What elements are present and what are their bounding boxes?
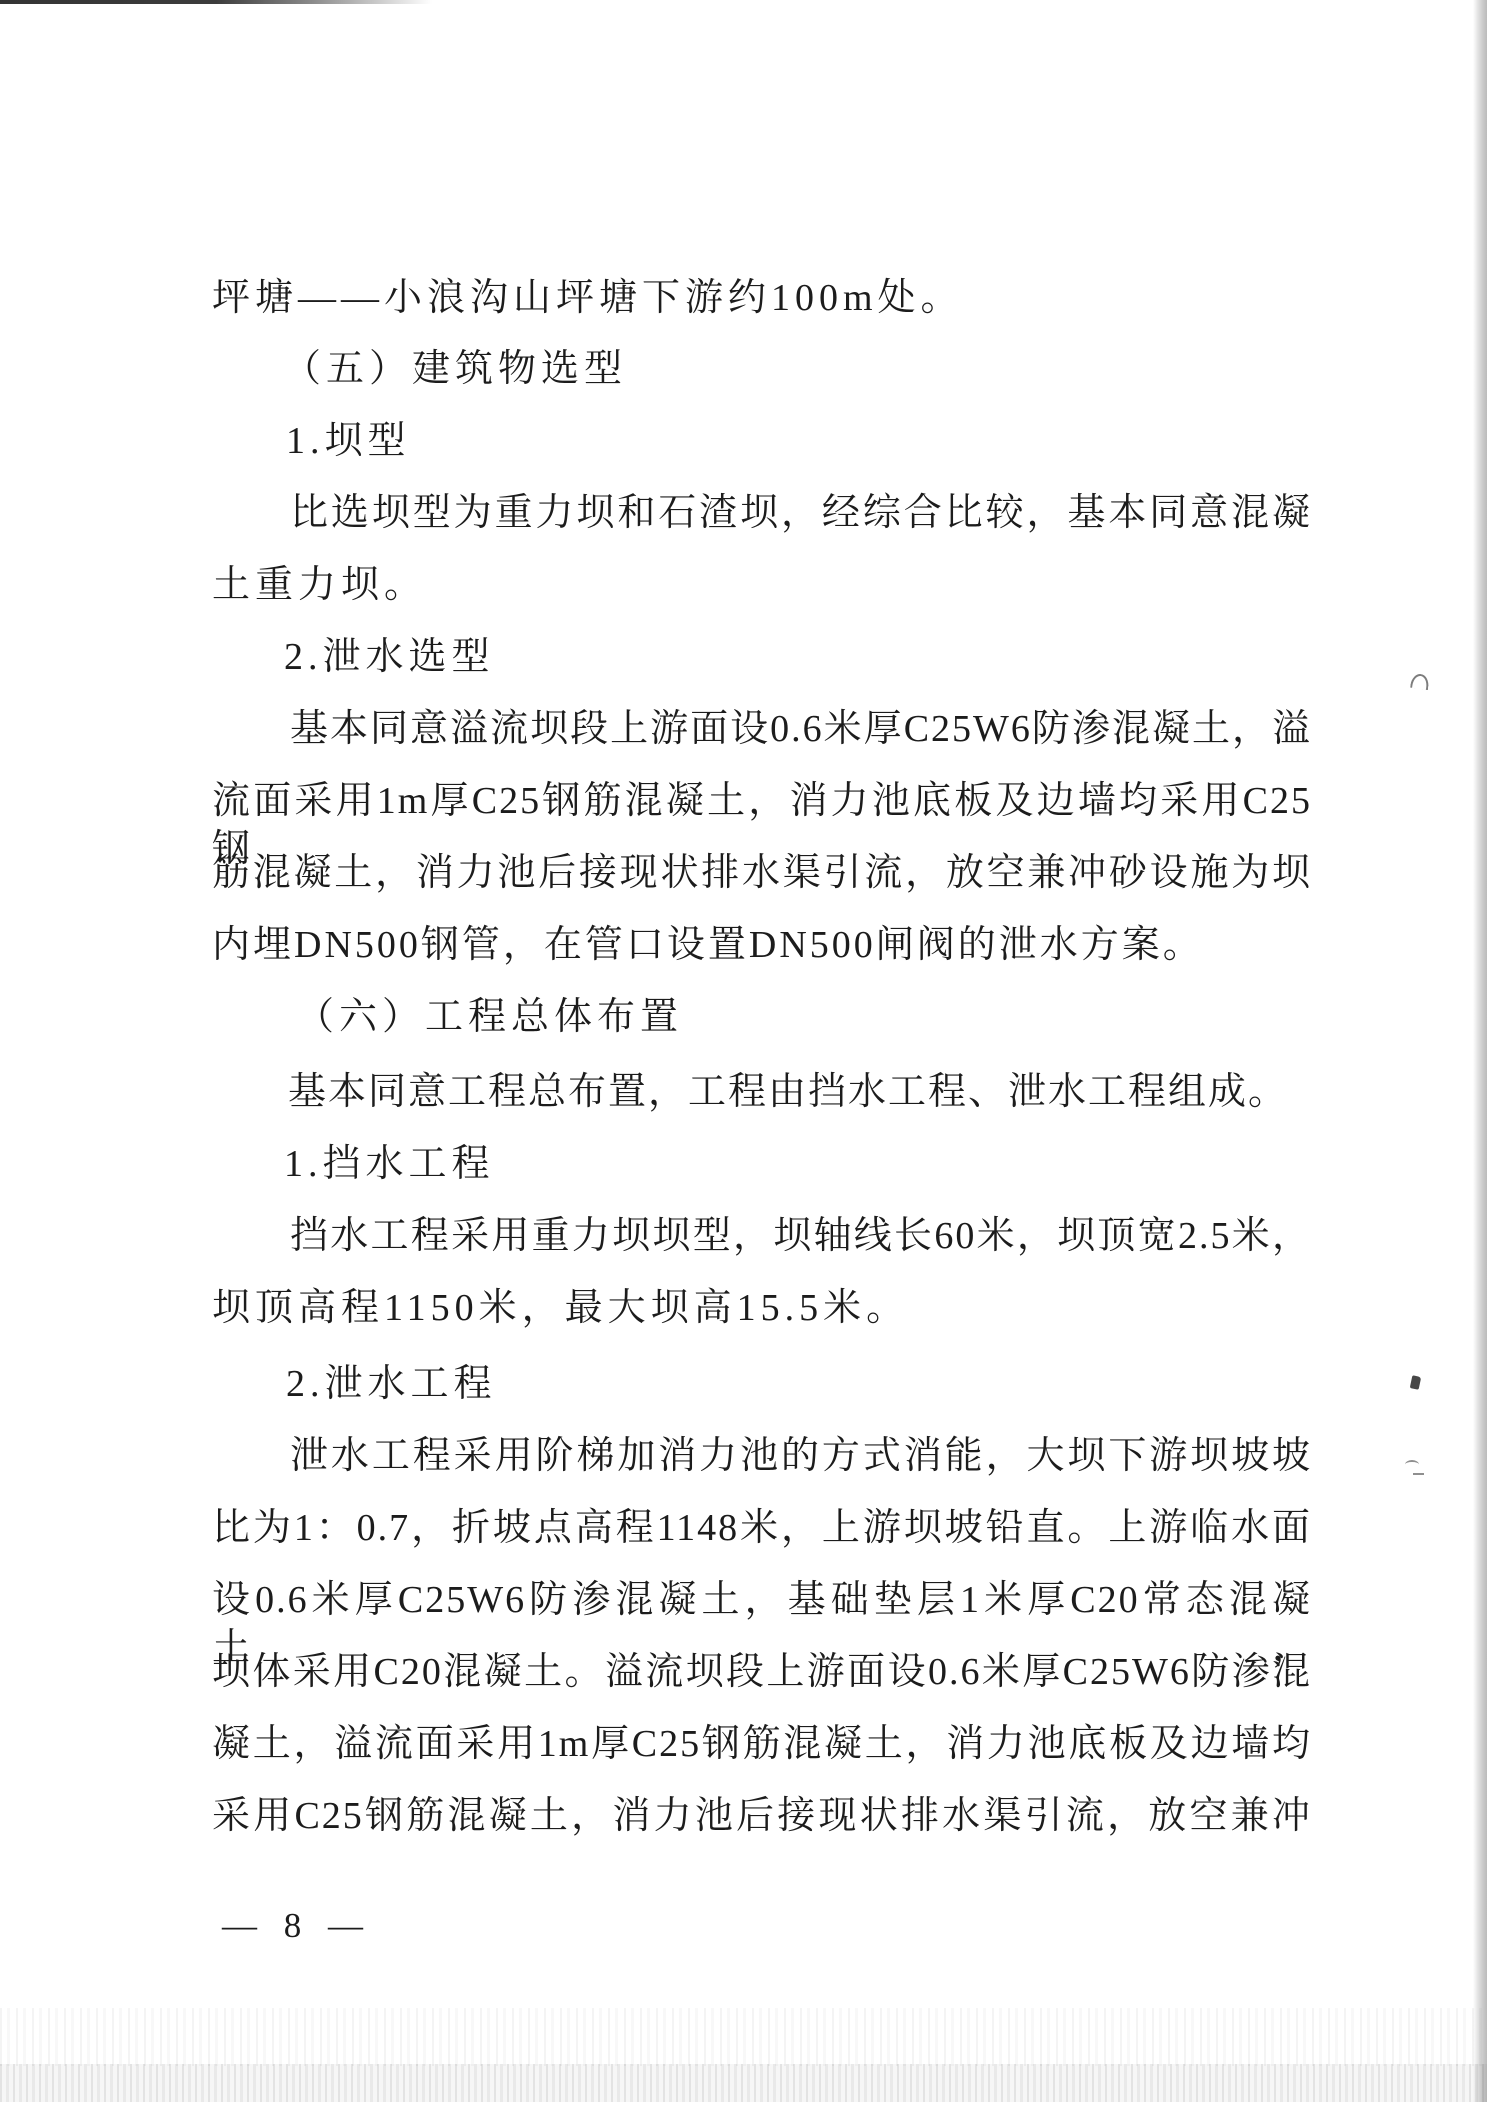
sub-heading: 1.挡水工程	[284, 1140, 495, 1188]
scan-artifact-right-edge-band	[1473, 0, 1487, 2102]
scan-speck	[1410, 673, 1430, 690]
text-line: 凝土，溢流面采用1m厚C25钢筋混凝土，消力池底板及边墙均	[212, 1720, 1312, 1768]
scan-artifact-bottom-noise	[0, 2064, 1487, 2102]
scan-speck	[1405, 1460, 1419, 1469]
scan-speck	[1413, 1473, 1424, 1475]
text-line: 比为1：0.7，折坡点高程1148米，上游坝坡铅直。上游临水面	[212, 1504, 1312, 1552]
text-line: 筋混凝土，消力池后接现状排水渠引流，放空兼冲砂设施为坝	[212, 849, 1312, 897]
section-heading: （六）工程总体布置	[296, 993, 683, 1041]
scan-artifact-top-edge-line	[0, 0, 432, 4]
text-line: 坝体采用C20混凝土。溢流坝段上游面设0.6米厚C25W6防渗混	[212, 1648, 1312, 1696]
sub-heading: 1.坝型	[286, 417, 411, 465]
text-line: 挡水工程采用重力坝坝型，坝轴线长60米，坝顶宽2.5米，	[212, 1212, 1312, 1260]
sub-heading: 2.泄水选型	[284, 633, 495, 681]
text-line: 泄水工程采用阶梯加消力池的方式消能，大坝下游坝坡坡	[212, 1432, 1312, 1480]
text-line: 基本同意工程总布置，工程由挡水工程、泄水工程组成。	[288, 1068, 1288, 1116]
section-heading: （五）建筑物选型	[283, 345, 627, 393]
text-line: 基本同意溢流坝段上游面设0.6米厚C25W6防渗混凝土，溢	[212, 705, 1312, 753]
text-line: 比选坝型为重力坝和石渣坝，经综合比较，基本同意混凝	[212, 489, 1312, 537]
scan-artifact-bottom-noise	[0, 2008, 1487, 2066]
text-line: 采用C25钢筋混凝土，消力池后接现状排水渠引流，放空兼冲	[212, 1792, 1312, 1840]
text-line: 内埋DN500钢管，在管口设置DN500闸阀的泄水方案。	[212, 921, 1204, 969]
text-line: 土重力坝。	[212, 561, 427, 609]
sub-heading: 2.泄水工程	[286, 1360, 497, 1408]
page-number: — 8 —	[222, 1906, 372, 1946]
text-line: 坝顶高程1150米，最大坝高15.5米。	[212, 1284, 909, 1332]
document-page: 坪塘——小浪沟山坪塘下游约100m处。 （五）建筑物选型 1.坝型 比选坝型为重…	[0, 0, 1487, 2102]
scan-speck	[1410, 1375, 1422, 1390]
text-line: 坪塘——小浪沟山坪塘下游约100m处。	[212, 274, 964, 322]
